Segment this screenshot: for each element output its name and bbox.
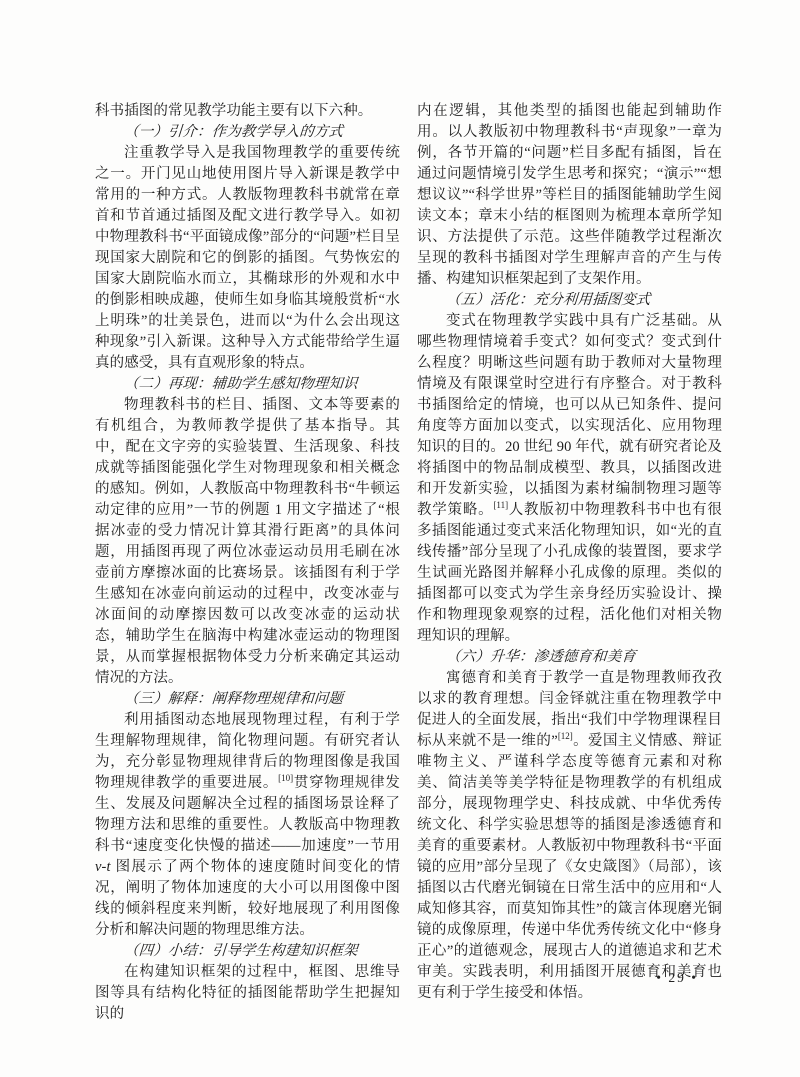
text-run: （四）小结：引导学生构建知识框架 <box>123 943 358 959</box>
paragraph: 注重教学导入是我国物理教学的重要传统之一。开门见山地使用图片导入新课是教学中常用… <box>95 143 400 374</box>
text-run: v-t <box>95 859 111 875</box>
text-column-left: 科书插图的常见教学功能主要有以下六种。（一）引介：作为教学导入的方式注重教学导入… <box>95 101 400 1025</box>
footnote-reference: [12] <box>558 731 573 741</box>
text-run: 内在逻辑，其他类型的插图也能起到辅助作用。以人教版初中物理教科书“声现象”一章为… <box>417 103 722 287</box>
text-run: （一）引介：作为教学导入的方式 <box>123 124 343 140</box>
page-number: • 29 • <box>95 970 722 986</box>
text-run: （五）活化：充分利用插图变式 <box>445 292 651 308</box>
section-heading: （三）解释：阐释物理规律和问题 <box>94 689 400 710</box>
text-run: 图展示了两个物体的速度随时间变化的情况，阐明了物体加速度的大小可以用图像中图线的… <box>95 859 400 938</box>
text-run: 注重教学导入是我国物理教学的重要传统之一。开门见山地使用图片导入新课是教学中常用… <box>95 145 400 371</box>
paragraph: 变式在物理教学实践中具有广泛基础。从哪些物理情境着手变式？如何变式？变式到什么程… <box>417 311 722 647</box>
paragraph: 内在逻辑，其他类型的插图也能起到辅助作用。以人教版初中物理教科书“声现象”一章为… <box>417 101 722 290</box>
section-heading: （一）引介：作为教学导入的方式 <box>94 122 400 143</box>
footnote-reference: [10] <box>278 773 293 783</box>
text-run: 物理教科书的栏目、插图、文本等要素的有机组合，为教师教学提供了基本指导。其中，配… <box>95 397 400 686</box>
two-column-text: 科书插图的常见教学功能主要有以下六种。（一）引介：作为教学导入的方式注重教学导入… <box>95 101 722 1025</box>
text-run: 人教版初中物理教科书中也有很多插图能通过变式来活化物理知识，如“光的直线传播”部… <box>417 502 722 644</box>
footnote-reference: [11] <box>493 500 508 510</box>
text-run: 科书插图的常见教学功能主要有以下六种。 <box>95 103 372 119</box>
section-heading: （六）升华：渗透德育和美育 <box>416 647 722 668</box>
paragraph: 科书插图的常见教学功能主要有以下六种。 <box>95 101 400 122</box>
text-run: （三）解释：阐释物理规律和问题 <box>123 691 343 707</box>
paper-page: 科书插图的常见教学功能主要有以下六种。（一）引介：作为教学导入的方式注重教学导入… <box>0 0 800 1077</box>
text-run: 。爱国主义情感、辩证唯物主义、严谨科学态度等德育元素和对称美、简洁美等美学特征是… <box>417 733 722 1001</box>
text-run: （六）升华：渗透德育和美育 <box>445 649 636 665</box>
paragraph: 物理教科书的栏目、插图、文本等要素的有机组合，为教师教学提供了基本指导。其中，配… <box>95 395 400 689</box>
section-heading: （四）小结：引导学生构建知识框架 <box>94 941 400 962</box>
section-heading: （二）再现：辅助学生感知物理知识 <box>94 374 400 395</box>
paragraph: 利用插图动态地展现物理过程，有利于学生理解物理规律，简化物理问题。有研究者认为，… <box>95 710 400 941</box>
text-run: 变式在物理教学实践中具有广泛基础。从哪些物理情境着手变式？如何变式？变式到什么程… <box>417 313 722 518</box>
paragraph: 寓德育和美育于教学一直是物理教师孜孜以求的教育理想。闫金铎就注重在物理教学中促进… <box>417 668 722 1004</box>
section-heading: （五）活化：充分利用插图变式 <box>416 290 722 311</box>
text-run: （二）再现：辅助学生感知物理知识 <box>123 376 358 392</box>
text-column-right: 内在逻辑，其他类型的插图也能起到辅助作用。以人教版初中物理教科书“声现象”一章为… <box>417 101 722 1025</box>
